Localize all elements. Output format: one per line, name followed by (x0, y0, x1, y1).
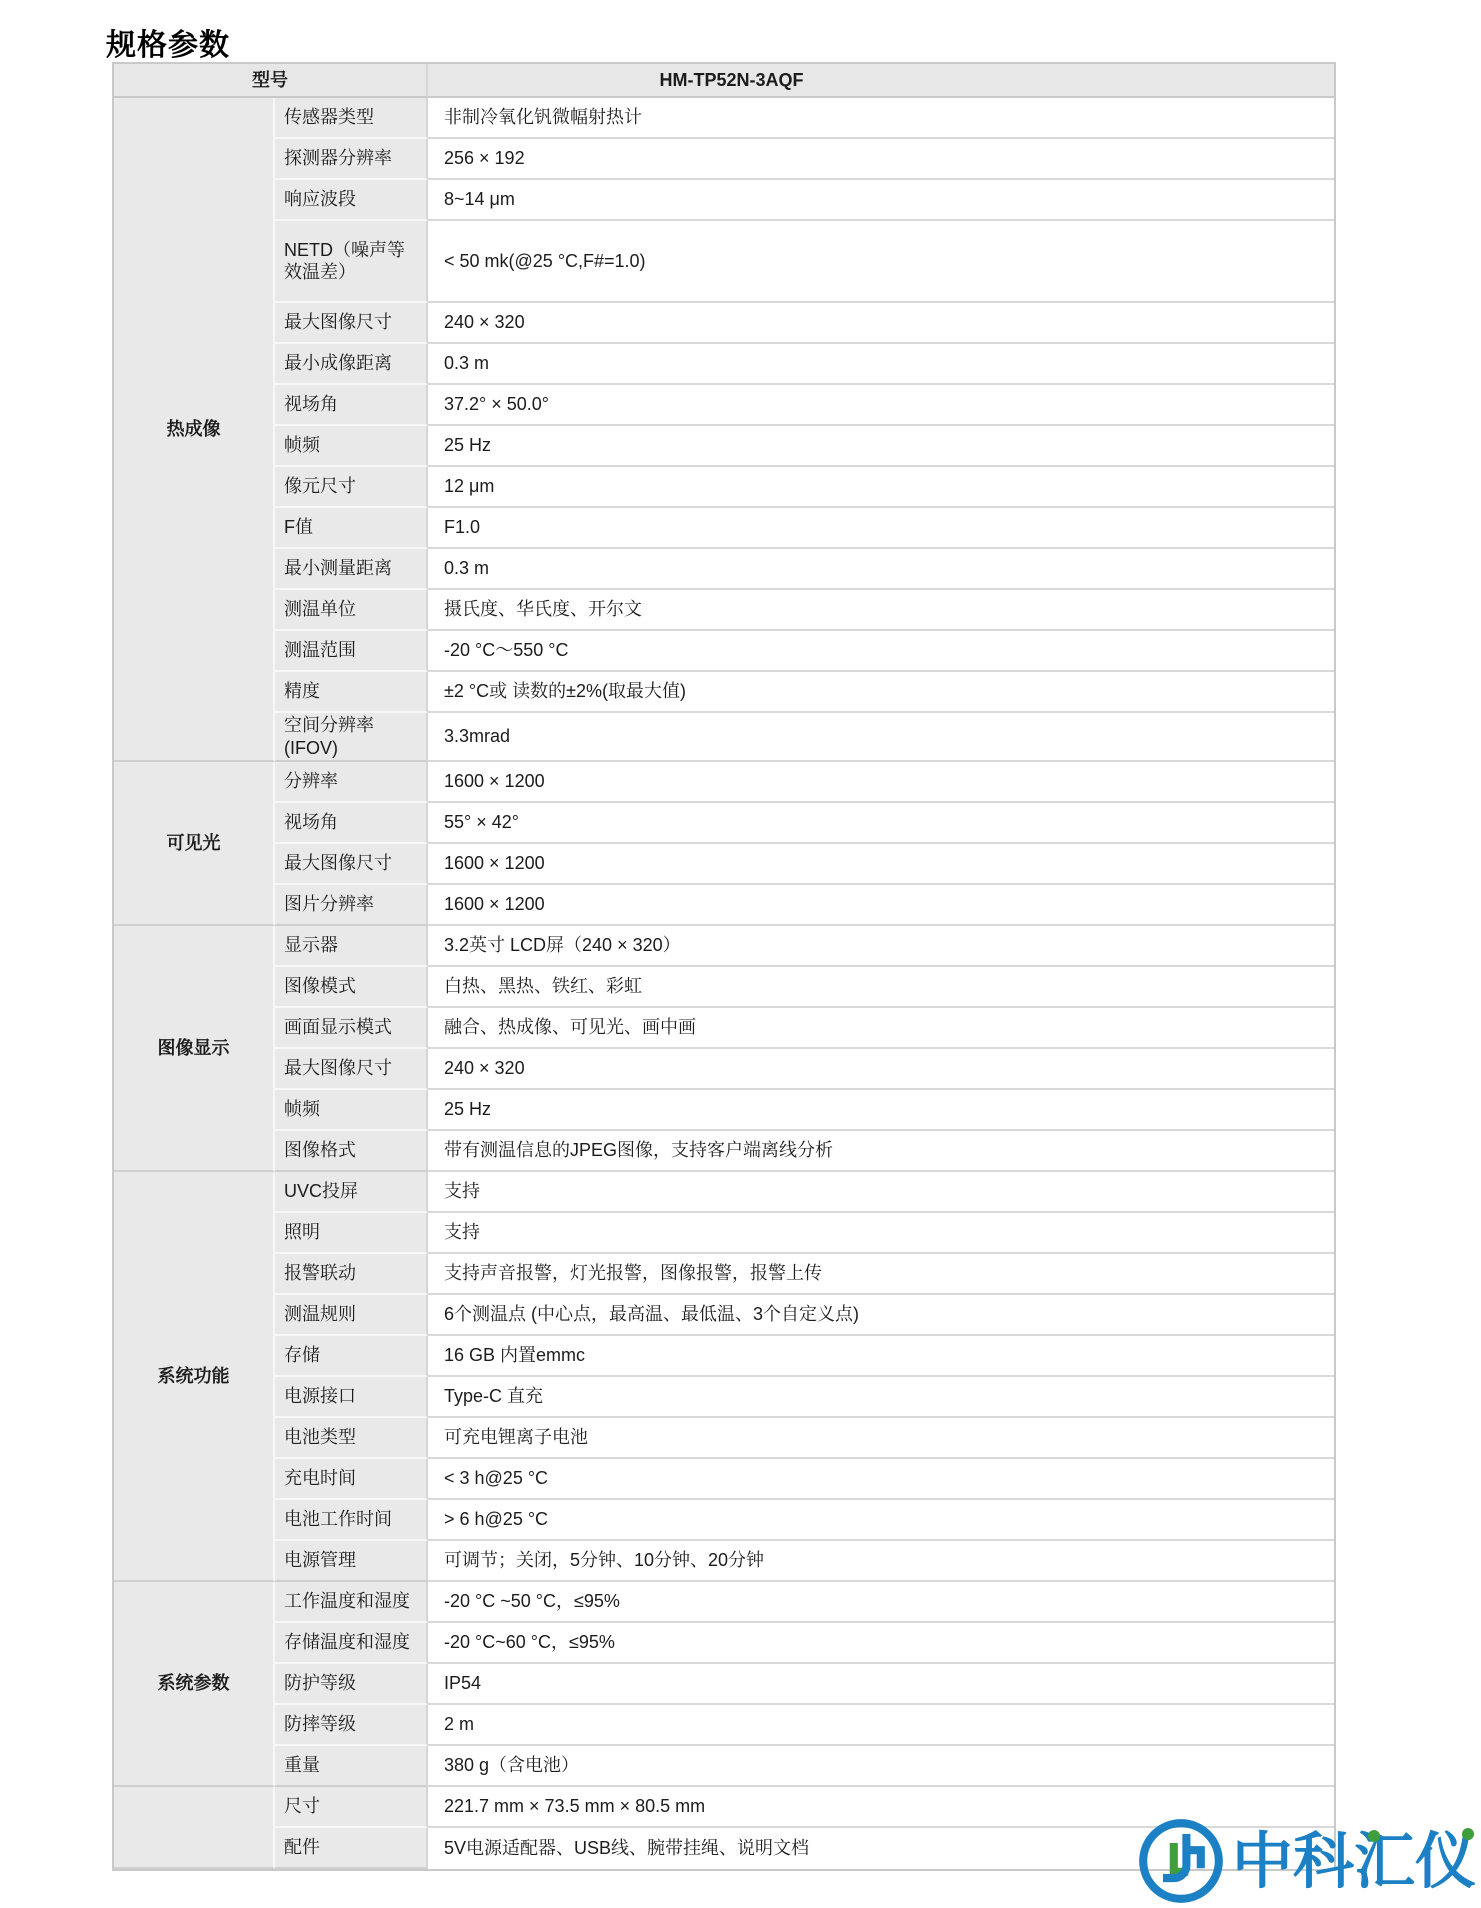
spec-key-cell: 重量 (275, 1746, 428, 1787)
spec-key-cell: 精度 (275, 672, 428, 713)
spec-key-cell: NETD（噪声等效温差） (275, 221, 428, 303)
spec-key-cell: 电源管理 (275, 1541, 428, 1582)
spec-value-cell: 摄氏度、华氏度、开尔文 (428, 590, 1334, 631)
spec-group-cell (114, 1787, 275, 1869)
spec-value-cell: 25 Hz (428, 426, 1334, 467)
page: 规格参数 型号HM-TP52N-3AQF热成像传感器类型非制冷氧化钒微幅射热计探… (0, 0, 1481, 1908)
spec-value-cell: IP54 (428, 1664, 1334, 1705)
table-row: 响应波段8~14 μm (114, 180, 1334, 221)
spec-key-cell: 传感器类型 (275, 98, 428, 139)
spec-value-cell: 16 GB 内置emmc (428, 1336, 1334, 1377)
spec-key-cell: 存储 (275, 1336, 428, 1377)
spec-key-cell: UVC投屏 (275, 1172, 428, 1213)
table-row: 电池类型可充电锂离子电池 (114, 1418, 1334, 1459)
brand-logo: 中科汇仪 (1136, 1816, 1476, 1906)
table-row: 充电时间< 3 h@25 °C (114, 1459, 1334, 1500)
table-row: 视场角55° × 42° (114, 803, 1334, 844)
table-row: 报警联动支持声音报警，灯光报警，图像报警，报警上传 (114, 1254, 1334, 1295)
table-row: 精度±2 °C或 读数的±2%(取最大值) (114, 672, 1334, 713)
spec-key-cell: 测温范围 (275, 631, 428, 672)
spec-value-cell: 非制冷氧化钒微幅射热计 (428, 98, 1334, 139)
spec-value-cell: 1600 × 1200 (428, 885, 1334, 926)
brand-logo-green-dot (1462, 1828, 1474, 1840)
spec-group-cell: 热成像 (114, 98, 275, 762)
spec-group-cell: 可见光 (114, 762, 275, 926)
table-row: 图片分辨率1600 × 1200 (114, 885, 1334, 926)
spec-value-cell: 带有测温信息的JPEG图像，支持客户端离线分析 (428, 1131, 1334, 1172)
table-row: 测温规则6个测温点 (中心点，最高温、最低温、3个自定义点) (114, 1295, 1334, 1336)
table-row: 存储16 GB 内置emmc (114, 1336, 1334, 1377)
table-row: 帧频25 Hz (114, 1090, 1334, 1131)
spec-key-cell: 视场角 (275, 385, 428, 426)
table-row: 最小测量距离0.3 m (114, 549, 1334, 590)
spec-key-cell: 最大图像尺寸 (275, 844, 428, 885)
spec-key-cell: 显示器 (275, 926, 428, 967)
spec-value-cell: 支持 (428, 1172, 1334, 1213)
table-row: 空间分辨率(IFOV)3.3mrad (114, 713, 1334, 762)
table-row: 图像格式带有测温信息的JPEG图像，支持客户端离线分析 (114, 1131, 1334, 1172)
spec-key-cell: 测温单位 (275, 590, 428, 631)
table-row: 热成像传感器类型非制冷氧化钒微幅射热计 (114, 98, 1334, 139)
table-row: 电源管理可调节；关闭，5分钟、10分钟、20分钟 (114, 1541, 1334, 1582)
spec-key-cell: 最大图像尺寸 (275, 1049, 428, 1090)
spec-table-body: 型号HM-TP52N-3AQF热成像传感器类型非制冷氧化钒微幅射热计探测器分辨率… (114, 64, 1334, 1869)
spec-key-cell: 最大图像尺寸 (275, 303, 428, 344)
spec-value-cell: 0.3 m (428, 549, 1334, 590)
spec-key-cell: 最小成像距离 (275, 344, 428, 385)
spec-key-cell: 视场角 (275, 803, 428, 844)
spec-value-cell: 支持声音报警，灯光报警，图像报警，报警上传 (428, 1254, 1334, 1295)
table-row: 画面显示模式融合、热成像、可见光、画中画 (114, 1008, 1334, 1049)
spec-value-cell: 55° × 42° (428, 803, 1334, 844)
spec-value-cell: 融合、热成像、可见光、画中画 (428, 1008, 1334, 1049)
table-row: 最大图像尺寸240 × 320 (114, 1049, 1334, 1090)
table-header-row: 型号HM-TP52N-3AQF (114, 64, 1334, 98)
spec-value-cell: 可充电锂离子电池 (428, 1418, 1334, 1459)
spec-key-cell: 图像格式 (275, 1131, 428, 1172)
spec-value-cell: 6个测温点 (中心点，最高温、最低温、3个自定义点) (428, 1295, 1334, 1336)
table-row: 可见光分辨率1600 × 1200 (114, 762, 1334, 803)
spec-key-cell: 充电时间 (275, 1459, 428, 1500)
table-row: 系统参数工作温度和湿度-20 °C ~50 °C，≤95% (114, 1582, 1334, 1623)
spec-key-cell: 防护等级 (275, 1664, 428, 1705)
page-title: 规格参数 (106, 20, 230, 64)
spec-key-cell: F值 (275, 508, 428, 549)
spec-value-cell: 支持 (428, 1213, 1334, 1254)
spec-key-cell: 电池类型 (275, 1418, 428, 1459)
spec-value-cell: 可调节；关闭，5分钟、10分钟、20分钟 (428, 1541, 1334, 1582)
spec-key-cell: 响应波段 (275, 180, 428, 221)
spec-key-cell: 画面显示模式 (275, 1008, 428, 1049)
table-row: 图像显示显示器3.2英寸 LCD屏（240 × 320） (114, 926, 1334, 967)
table-row: 图像模式白热、黑热、铁红、彩虹 (114, 967, 1334, 1008)
spec-value-cell: -20 °C～550 °C (428, 631, 1334, 672)
spec-value-cell: -20 °C~60 °C，≤95% (428, 1623, 1334, 1664)
spec-group-cell: 图像显示 (114, 926, 275, 1172)
table-row: 测温范围-20 °C～550 °C (114, 631, 1334, 672)
spec-value-cell: ±2 °C或 读数的±2%(取最大值) (428, 672, 1334, 713)
spec-value-cell: 白热、黑热、铁红、彩虹 (428, 967, 1334, 1008)
table-row: 帧频25 Hz (114, 426, 1334, 467)
brand-logo-text: 中科汇仪 (1232, 1816, 1476, 1906)
spec-key-cell: 图片分辨率 (275, 885, 428, 926)
table-row: 电源接口Type-C 直充 (114, 1377, 1334, 1418)
spec-key-cell: 防摔等级 (275, 1705, 428, 1746)
spec-value-cell: 1600 × 1200 (428, 844, 1334, 885)
spec-value-cell: 1600 × 1200 (428, 762, 1334, 803)
spec-key-cell: 尺寸 (275, 1787, 428, 1828)
table-row: 存储温度和湿度-20 °C~60 °C，≤95% (114, 1623, 1334, 1664)
table-row: 像元尺寸12 μm (114, 467, 1334, 508)
spec-key-cell: 电源接口 (275, 1377, 428, 1418)
spec-value-cell: < 3 h@25 °C (428, 1459, 1334, 1500)
spec-key-cell: 配件 (275, 1828, 428, 1869)
table-row: 最大图像尺寸1600 × 1200 (114, 844, 1334, 885)
spec-value-cell: < 50 mk(@25 °C,F#=1.0) (428, 221, 1334, 303)
table-row: NETD（噪声等效温差）< 50 mk(@25 °C,F#=1.0) (114, 221, 1334, 303)
spec-value-cell: 256 × 192 (428, 139, 1334, 180)
table-row: 探测器分辨率256 × 192 (114, 139, 1334, 180)
spec-value-cell: 12 μm (428, 467, 1334, 508)
spec-value-cell: 240 × 320 (428, 1049, 1334, 1090)
spec-value-cell: F1.0 (428, 508, 1334, 549)
brand-logo-green-dot (1368, 1830, 1380, 1842)
table-row: 防摔等级2 m (114, 1705, 1334, 1746)
spec-key-cell: 最小测量距离 (275, 549, 428, 590)
spec-value-cell: 37.2° × 50.0° (428, 385, 1334, 426)
brand-logo-icon (1136, 1816, 1226, 1906)
spec-key-cell: 工作温度和湿度 (275, 1582, 428, 1623)
model-label-cell: 型号 (114, 64, 428, 98)
spec-key-cell: 存储温度和湿度 (275, 1623, 428, 1664)
spec-key-cell: 图像模式 (275, 967, 428, 1008)
table-row: 测温单位摄氏度、华氏度、开尔文 (114, 590, 1334, 631)
table-row: F值F1.0 (114, 508, 1334, 549)
spec-value-cell: 240 × 320 (428, 303, 1334, 344)
spec-table: 型号HM-TP52N-3AQF热成像传感器类型非制冷氧化钒微幅射热计探测器分辨率… (112, 62, 1336, 1871)
table-row: 视场角37.2° × 50.0° (114, 385, 1334, 426)
spec-group-cell: 系统功能 (114, 1172, 275, 1582)
spec-key-cell: 电池工作时间 (275, 1500, 428, 1541)
model-value-cell: HM-TP52N-3AQF (428, 64, 1334, 98)
spec-key-cell: 测温规则 (275, 1295, 428, 1336)
spec-value-cell: 3.2英寸 LCD屏（240 × 320） (428, 926, 1334, 967)
table-row: 重量380 g（含电池） (114, 1746, 1334, 1787)
spec-key-cell: 像元尺寸 (275, 467, 428, 508)
spec-key-cell: 帧频 (275, 1090, 428, 1131)
spec-key-cell: 分辨率 (275, 762, 428, 803)
spec-key-cell: 空间分辨率(IFOV) (275, 713, 428, 762)
spec-value-cell: Type-C 直充 (428, 1377, 1334, 1418)
table-row: 防护等级IP54 (114, 1664, 1334, 1705)
table-row: 最大图像尺寸240 × 320 (114, 303, 1334, 344)
spec-key-cell: 帧频 (275, 426, 428, 467)
spec-group-cell: 系统参数 (114, 1582, 275, 1787)
spec-value-cell: 380 g（含电池） (428, 1746, 1334, 1787)
spec-value-cell: 2 m (428, 1705, 1334, 1746)
spec-value-cell: 3.3mrad (428, 713, 1334, 762)
spec-key-cell: 照明 (275, 1213, 428, 1254)
spec-value-cell: 0.3 m (428, 344, 1334, 385)
table-row: 电池工作时间> 6 h@25 °C (114, 1500, 1334, 1541)
spec-value-cell: > 6 h@25 °C (428, 1500, 1334, 1541)
table-row: 最小成像距离0.3 m (114, 344, 1334, 385)
spec-key-cell: 报警联动 (275, 1254, 428, 1295)
table-row: 照明支持 (114, 1213, 1334, 1254)
table-row: 系统功能UVC投屏支持 (114, 1172, 1334, 1213)
spec-value-cell: -20 °C ~50 °C，≤95% (428, 1582, 1334, 1623)
spec-value-cell: 8~14 μm (428, 180, 1334, 221)
spec-key-cell: 探测器分辨率 (275, 139, 428, 180)
spec-value-cell: 25 Hz (428, 1090, 1334, 1131)
